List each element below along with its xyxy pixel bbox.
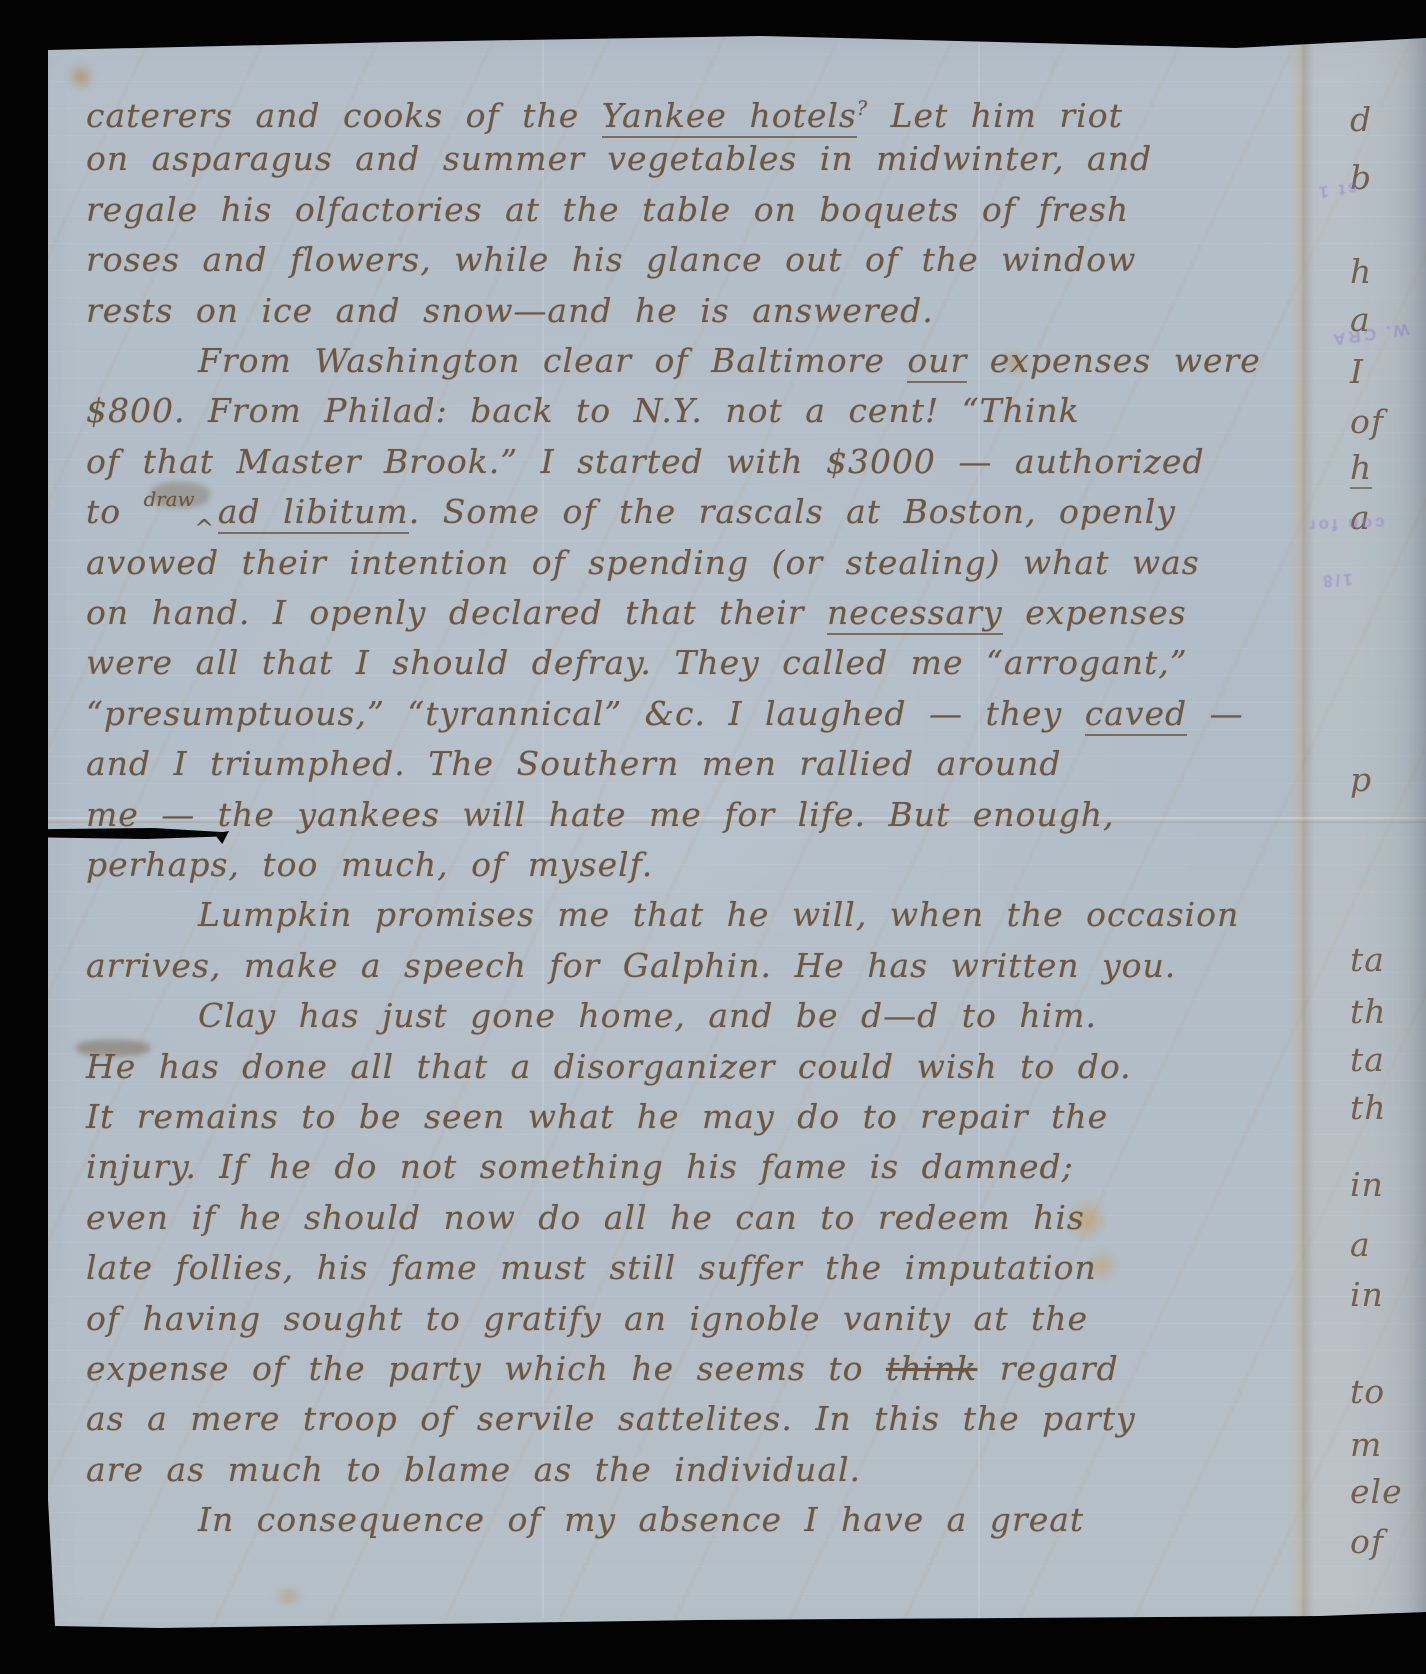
letter-page: caterers and cooks of the Yankee hotels?… — [0, 0, 1426, 1674]
scan-vignette — [0, 0, 1426, 1674]
scan-background: caterers and cooks of the Yankee hotels?… — [0, 0, 1426, 1674]
